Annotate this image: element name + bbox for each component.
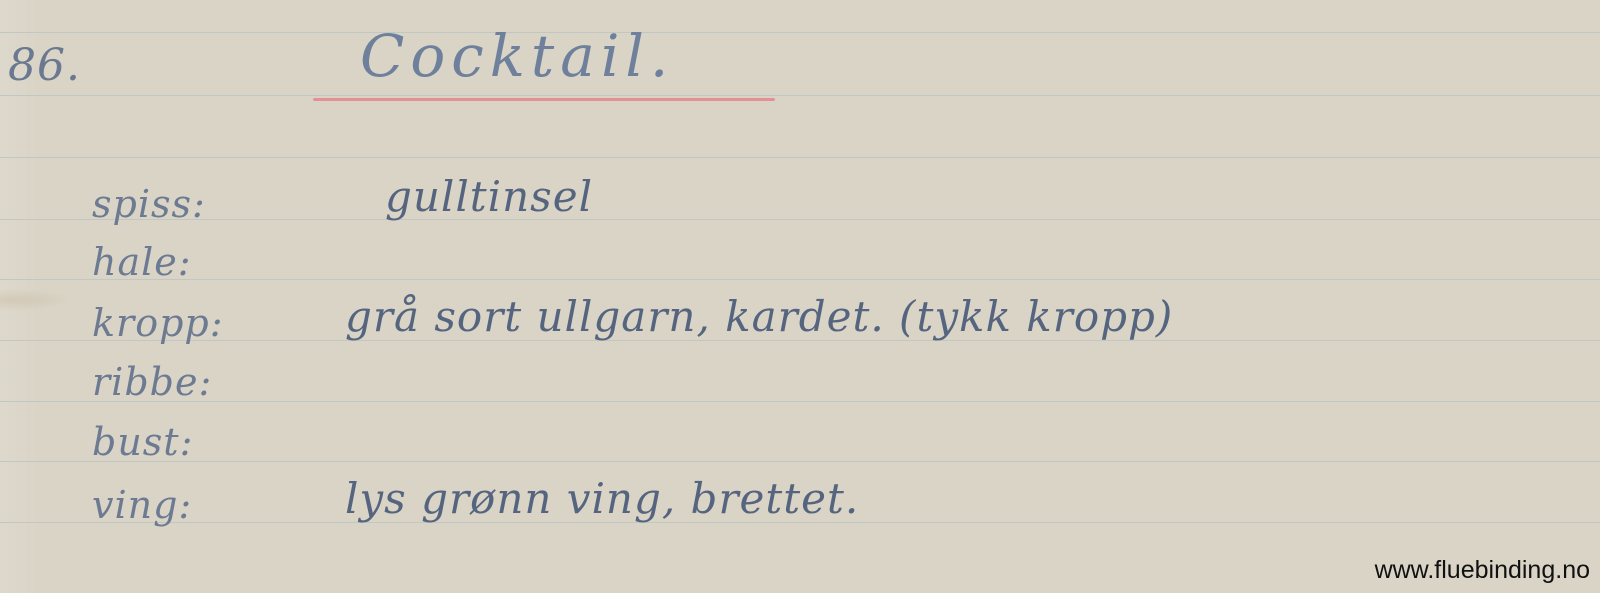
field-value-spiss: gulltinsel	[385, 172, 593, 221]
ruled-line	[0, 461, 1600, 462]
title-underline	[313, 98, 775, 101]
field-label-hale: hale:	[92, 240, 192, 284]
field-label-ribbe: ribbe:	[92, 360, 212, 404]
field-label-kropp: kropp:	[92, 301, 224, 345]
field-value-ving: lys grønn ving, brettet.	[345, 474, 859, 523]
ruled-line	[0, 32, 1600, 33]
ruled-line	[0, 401, 1600, 402]
entry-number: 86.	[8, 40, 81, 91]
ruled-line	[0, 279, 1600, 280]
field-label-ving: ving:	[92, 483, 192, 527]
field-value-kropp: grå sort ullgarn, kardet. (tykk kropp)	[345, 292, 1173, 341]
field-label-spiss: spiss:	[92, 182, 206, 226]
field-label-bust: bust:	[92, 420, 193, 464]
ruled-line	[0, 219, 1600, 220]
ruled-line	[0, 157, 1600, 158]
fly-title: Cocktail.	[360, 22, 674, 90]
notebook-page: 86. Cocktail. spiss: gulltinsel hale: kr…	[0, 0, 1600, 593]
watermark: www.fluebinding.no	[1375, 556, 1590, 585]
ruled-line	[0, 95, 1600, 96]
